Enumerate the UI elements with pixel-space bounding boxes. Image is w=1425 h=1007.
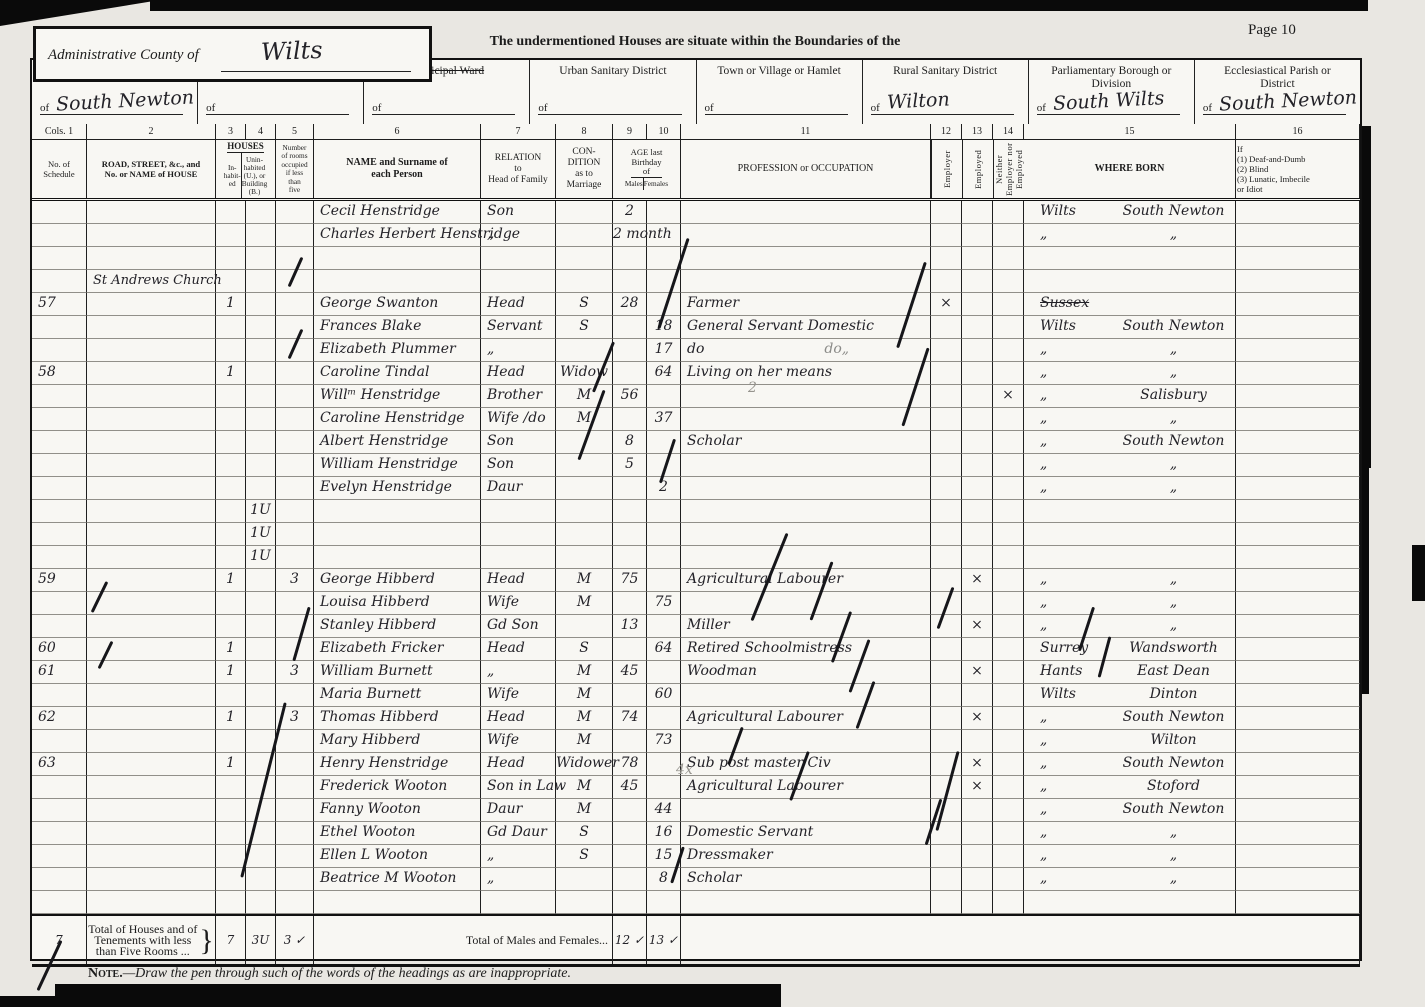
cell-condition [556, 454, 613, 477]
administrative-county-value: Wilts [261, 36, 324, 66]
table-row: 1U [32, 500, 1360, 523]
cell-name [314, 500, 481, 523]
cell-employed [962, 592, 993, 615]
cell-name [314, 523, 481, 546]
cell-rooms [276, 408, 314, 431]
cell-employer [931, 569, 962, 592]
cell-infirmity [1236, 385, 1360, 408]
cell-employed: × [962, 569, 993, 592]
cell-relation: „ [481, 224, 556, 247]
table-row: 1U [32, 523, 1360, 546]
col-header-uninhabited: Unin- habited (U.), or Building (B.) [242, 153, 268, 198]
cell-relation [481, 546, 556, 569]
cell-relation: Head [481, 293, 556, 316]
cell-infirmity [1236, 753, 1360, 776]
district-of-line: of [705, 102, 848, 115]
table-row: 6213Thomas HibberdHeadM74Agricultural La… [32, 707, 1360, 730]
cell-neither [993, 822, 1024, 845]
cell-age-male [613, 339, 647, 362]
cell-relation: „ [481, 868, 556, 891]
age-group-title: AGE last Birthday of [631, 148, 663, 178]
cell-condition: M [556, 799, 613, 822]
cell-occupation [681, 247, 931, 270]
cell-houses-uninhabited [246, 454, 276, 477]
cell-age-male [613, 546, 647, 569]
cell-schedule-number [32, 523, 87, 546]
cell-houses-uninhabited [246, 845, 276, 868]
situate-heading: The undermentioned Houses are situate wi… [460, 34, 930, 50]
column-number-11: 11 [681, 124, 931, 140]
table-row: Ethel WootonGd DaurS16Domestic Servant„„ [32, 822, 1360, 845]
cell-where-born: „„ [1024, 362, 1236, 385]
cell-neither [993, 868, 1024, 891]
cell-schedule-number [32, 891, 87, 914]
column-number-13: 13 [962, 124, 993, 140]
cell-employer [931, 684, 962, 707]
cell-road-street: St Andrews Church [87, 270, 216, 293]
cell-infirmity [1236, 776, 1360, 799]
cell-where-born: „„ [1024, 339, 1236, 362]
cell-schedule-number [32, 431, 87, 454]
cell-employed [962, 362, 993, 385]
cell-name: William Burnett [314, 661, 481, 684]
cell-road-street [87, 454, 216, 477]
cell-where-born: „„ [1024, 822, 1236, 845]
cell-employer: × [931, 293, 962, 316]
table-row: 6113William Burnett„M45Woodman×HantsEast… [32, 661, 1360, 684]
cell-occupation [681, 592, 931, 615]
cell-relation: Daur [481, 477, 556, 500]
cell-age-male [613, 799, 647, 822]
table-row: Mary HibberdWifeM73„Wilton [32, 730, 1360, 753]
cell-name: Albert Henstridge [314, 431, 481, 454]
col-header-age: AGE last Birthday of Males Females [613, 140, 681, 198]
cell-where-born: „South Newton [1024, 799, 1236, 822]
cell-road-street [87, 661, 216, 684]
cell-infirmity [1236, 592, 1360, 615]
cell-relation [481, 500, 556, 523]
cell-infirmity [1236, 224, 1360, 247]
cell-houses-uninhabited [246, 339, 276, 362]
cell-infirmity [1236, 799, 1360, 822]
totals-row: 7 Total of Houses and of Tenements with … [32, 914, 1360, 967]
cell-age-male: 2 month [613, 224, 647, 247]
scan-artifact [1412, 545, 1425, 601]
column-number-10: 10 [647, 124, 681, 140]
cell-where-born: „South Newton [1024, 431, 1236, 454]
cell-relation: „ [481, 339, 556, 362]
cell-schedule-number: 57 [32, 293, 87, 316]
col-header-employer: Employer [931, 140, 962, 198]
cell-infirmity [1236, 868, 1360, 891]
cell-age-female: 18 [647, 316, 681, 339]
cell-occupation: Retired Schoolmistress [681, 638, 931, 661]
col-header-employed: Employed [962, 140, 993, 198]
table-row: Stanley HibberdGd Son13Miller×„„ [32, 615, 1360, 638]
cell-infirmity [1236, 316, 1360, 339]
cell-age-female: 44 [647, 799, 681, 822]
cell-condition [556, 247, 613, 270]
col-header-name: NAME and Surname of each Person [314, 140, 481, 198]
cell-condition [556, 615, 613, 638]
cell-schedule-number [32, 408, 87, 431]
cell-occupation [681, 546, 931, 569]
cell-employed [962, 431, 993, 454]
cell-where-born [1024, 270, 1236, 293]
cell-relation: Head [481, 753, 556, 776]
cell-road-street [87, 684, 216, 707]
column-number-6: 6 [314, 124, 481, 140]
cell-age-female [647, 891, 681, 914]
cell-road-street [87, 776, 216, 799]
cell-relation: Head [481, 569, 556, 592]
cell-neither [993, 684, 1024, 707]
cell-name: Beatrice M Wooton [314, 868, 481, 891]
cell-employer [931, 615, 962, 638]
cell-occupation: Agricultural Labourer [681, 569, 931, 592]
cell-houses-uninhabited [246, 201, 276, 224]
pencil-annotation: 4x [676, 762, 693, 778]
table-body: Cecil HenstridgeSon2WiltsSouth NewtonCha… [32, 201, 1360, 914]
cell-houses-inhabited [216, 431, 246, 454]
cell-road-street [87, 730, 216, 753]
cell-houses-uninhabited [246, 224, 276, 247]
cell-age-male: 45 [613, 661, 647, 684]
cell-age-male [613, 592, 647, 615]
cell-infirmity [1236, 270, 1360, 293]
cell-relation: Wife [481, 684, 556, 707]
cell-employer [931, 523, 962, 546]
cell-houses-uninhabited: 1U [246, 500, 276, 523]
column-number-9: 9 [613, 124, 647, 140]
cell-neither [993, 753, 1024, 776]
cell-infirmity [1236, 822, 1360, 845]
cell-infirmity [1236, 615, 1360, 638]
table-row: 5913George HibberdHeadM75Agricultural La… [32, 569, 1360, 592]
cell-age-male [613, 247, 647, 270]
cell-houses-uninhabited [246, 316, 276, 339]
table-row [32, 891, 1360, 914]
cell-houses-inhabited [216, 822, 246, 845]
cell-occupation: Agricultural Labourer [681, 707, 931, 730]
cell-rooms [276, 454, 314, 477]
cell-age-female: 16 [647, 822, 681, 845]
cell-occupation [681, 270, 931, 293]
cell-road-street [87, 247, 216, 270]
cell-neither [993, 638, 1024, 661]
cell-infirmity [1236, 638, 1360, 661]
cell-occupation [681, 454, 931, 477]
cell-relation: Wife [481, 730, 556, 753]
cell-name: Stanley Hibberd [314, 615, 481, 638]
total-males: 12 ✓ [613, 916, 647, 964]
cell-schedule-number [32, 339, 87, 362]
scan-artifact [1362, 468, 1369, 694]
district-label: Urban Sanitary District [533, 65, 692, 78]
cell-employed [962, 293, 993, 316]
cell-rooms [276, 799, 314, 822]
table-row: 631Henry HenstridgeHeadWidower78Sub post… [32, 753, 1360, 776]
cell-schedule-number [32, 477, 87, 500]
cell-road-street [87, 615, 216, 638]
cell-age-male [613, 638, 647, 661]
cell-employed [962, 316, 993, 339]
cell-occupation [681, 891, 931, 914]
cell-neither [993, 339, 1024, 362]
table-row: Fanny WootonDaurM44„South Newton [32, 799, 1360, 822]
cell-name: Willᵐ Henstridge [314, 385, 481, 408]
cell-infirmity [1236, 523, 1360, 546]
cell-road-street [87, 707, 216, 730]
cell-neither [993, 845, 1024, 868]
cell-age-female [647, 523, 681, 546]
col-header-where-born: WHERE BORN [1024, 140, 1236, 198]
col-header-rooms: Number of rooms occupied if less than fi… [276, 140, 314, 198]
cell-where-born: „South Newton [1024, 753, 1236, 776]
column-number-14: 14 [993, 124, 1024, 140]
cell-employer [931, 201, 962, 224]
cell-rooms [276, 316, 314, 339]
cell-condition [556, 224, 613, 247]
cell-employed [962, 822, 993, 845]
cell-schedule-number [32, 201, 87, 224]
table-row: Maria BurnettWifeM60WiltsDinton [32, 684, 1360, 707]
cell-houses-inhabited [216, 799, 246, 822]
cell-schedule-number: 58 [32, 362, 87, 385]
cell-name: Louisa Hibberd [314, 592, 481, 615]
cell-name: Ethel Wooton [314, 822, 481, 845]
cell-relation: Wife /do [481, 408, 556, 431]
cell-neither [993, 661, 1024, 684]
cell-neither [993, 707, 1024, 730]
cell-condition: M [556, 730, 613, 753]
cell-name [314, 891, 481, 914]
cell-occupation: General Servant Domestic [681, 316, 931, 339]
cell-road-street [87, 799, 216, 822]
cell-age-female [647, 431, 681, 454]
cell-name: Frances Blake [314, 316, 481, 339]
cell-road-street [87, 477, 216, 500]
district-ecclesiastical-parish-or-district: Ecclesiastical Parish or DistrictofSouth… [1195, 60, 1360, 124]
cell-infirmity [1236, 477, 1360, 500]
cell-occupation [681, 385, 931, 408]
cell-houses-uninhabited [246, 891, 276, 914]
cell-neither [993, 615, 1024, 638]
cell-houses-inhabited [216, 408, 246, 431]
col-header-relation: RELATION to Head of Family [481, 140, 556, 198]
cell-neither [993, 316, 1024, 339]
cell-houses-uninhabited [246, 408, 276, 431]
column-number-16: 16 [1236, 124, 1360, 140]
cell-employed [962, 546, 993, 569]
cell-rooms [276, 753, 314, 776]
cell-employer [931, 661, 962, 684]
cell-employer [931, 707, 962, 730]
cell-where-born: „Wilton [1024, 730, 1236, 753]
col-header-condition: CON- DITION as to Marriage [556, 140, 613, 198]
cell-houses-inhabited [216, 592, 246, 615]
cell-where-born: „„ [1024, 868, 1236, 891]
cell-name: Henry Henstridge [314, 753, 481, 776]
table-row: Charles Herbert Henstridge„2 month„„ [32, 224, 1360, 247]
cell-condition [556, 891, 613, 914]
cell-condition: S [556, 293, 613, 316]
cell-road-street [87, 546, 216, 569]
column-number-8: 8 [556, 124, 613, 140]
cell-condition: M [556, 707, 613, 730]
cell-age-female [647, 500, 681, 523]
cell-schedule-number [32, 316, 87, 339]
cell-relation: Son [481, 431, 556, 454]
cell-infirmity [1236, 546, 1360, 569]
cell-relation: Son [481, 201, 556, 224]
cell-age-male [613, 730, 647, 753]
cell-age-female: 37 [647, 408, 681, 431]
cell-age-male [613, 868, 647, 891]
col-header-neither: Neither Employer nor Employed [993, 140, 1024, 198]
cell-road-street [87, 500, 216, 523]
cell-condition [556, 477, 613, 500]
cell-schedule-number: 60 [32, 638, 87, 661]
cell-where-born: „Salisbury [1024, 385, 1236, 408]
cell-condition: M [556, 408, 613, 431]
column-number-12: 12 [931, 124, 962, 140]
cell-relation: Head [481, 638, 556, 661]
cell-houses-inhabited: 1 [216, 753, 246, 776]
cell-houses-uninhabited [246, 270, 276, 293]
cell-occupation [681, 408, 931, 431]
cell-condition: Widower [556, 753, 613, 776]
cell-employer [931, 247, 962, 270]
cell-name: Cecil Henstridge [314, 201, 481, 224]
cell-employed [962, 247, 993, 270]
district-label: Parliamentary Borough or Division [1032, 65, 1191, 91]
cell-houses-inhabited [216, 224, 246, 247]
cell-employed [962, 477, 993, 500]
district-value: Wilton [886, 88, 950, 113]
cell-infirmity [1236, 247, 1360, 270]
cell-occupation: Scholar [681, 868, 931, 891]
cell-age-male: 75 [613, 569, 647, 592]
cell-age-female [647, 247, 681, 270]
cell-houses-inhabited [216, 201, 246, 224]
cell-condition: M [556, 569, 613, 592]
cell-relation: Head [481, 707, 556, 730]
cell-employed [962, 845, 993, 868]
cell-employer [931, 454, 962, 477]
cell-age-male [613, 523, 647, 546]
cell-where-born [1024, 546, 1236, 569]
col-header-road: ROAD, STREET, &c., and No. or NAME of HO… [87, 140, 216, 198]
cell-houses-inhabited [216, 270, 246, 293]
cell-rooms [276, 201, 314, 224]
cell-occupation: Woodman [681, 661, 931, 684]
cell-houses-inhabited: 1 [216, 293, 246, 316]
column-header-row: No. of Schedule ROAD, STREET, &c., and N… [32, 140, 1360, 201]
total-uninhabited: 3U [246, 916, 276, 964]
cell-where-born: „„ [1024, 454, 1236, 477]
column-number-3: 3 [216, 124, 246, 140]
cell-houses-inhabited [216, 316, 246, 339]
cell-employed: × [962, 776, 993, 799]
cell-infirmity [1236, 891, 1360, 914]
cell-houses-inhabited [216, 523, 246, 546]
total-females: 13 ✓ [647, 916, 681, 964]
total-inhabited: 7 [216, 916, 246, 964]
table-row: St Andrews Church [32, 270, 1360, 293]
column-number-1: Cols. 1 [32, 124, 87, 140]
cell-name: Mary Hibberd [314, 730, 481, 753]
cell-occupation: Living on her means [681, 362, 931, 385]
cell-schedule-number [32, 776, 87, 799]
table-row: 601Elizabeth FrickerHeadS64Retired Schoo… [32, 638, 1360, 661]
cell-neither: × [993, 385, 1024, 408]
cell-rooms [276, 684, 314, 707]
cell-houses-uninhabited: 1U [246, 546, 276, 569]
cell-houses-inhabited [216, 500, 246, 523]
cell-houses-uninhabited [246, 385, 276, 408]
cell-neither [993, 362, 1024, 385]
cell-road-street [87, 592, 216, 615]
cell-age-female [647, 385, 681, 408]
table-row: Beatrice M Wooton„8Scholar„„ [32, 868, 1360, 891]
cell-relation: Son [481, 454, 556, 477]
cell-infirmity [1236, 339, 1360, 362]
cell-age-male [613, 362, 647, 385]
cell-houses-inhabited [216, 730, 246, 753]
cell-houses-inhabited [216, 385, 246, 408]
cell-road-street [87, 339, 216, 362]
cell-where-born: Sussex [1024, 293, 1236, 316]
total-houses-label: Total of Houses and of Tenements with le… [87, 916, 216, 964]
table-row: Ellen L Wooton„S15Dressmaker„„ [32, 845, 1360, 868]
cell-name: Thomas Hibberd [314, 707, 481, 730]
cell-road-street [87, 316, 216, 339]
cell-infirmity [1236, 293, 1360, 316]
cell-condition [556, 523, 613, 546]
cell-schedule-number: 61 [32, 661, 87, 684]
cell-age-female [647, 569, 681, 592]
cell-age-female [647, 224, 681, 247]
cell-road-street [87, 293, 216, 316]
cell-employed [962, 684, 993, 707]
cell-houses-uninhabited [246, 615, 276, 638]
cell-relation [481, 891, 556, 914]
scan-artifact [1361, 126, 1371, 468]
cell-age-female [647, 707, 681, 730]
cell-infirmity [1236, 408, 1360, 431]
cell-age-female [647, 661, 681, 684]
cell-employer [931, 730, 962, 753]
cell-name: Maria Burnett [314, 684, 481, 707]
cell-relation: Servant [481, 316, 556, 339]
cell-rooms [276, 477, 314, 500]
cell-where-born: „„ [1024, 408, 1236, 431]
cell-where-born: „„ [1024, 569, 1236, 592]
table-row: Frances BlakeServantS18General Servant D… [32, 316, 1360, 339]
cell-age-female: 73 [647, 730, 681, 753]
cell-occupation: dodo„ [681, 339, 931, 362]
cell-infirmity [1236, 730, 1360, 753]
cell-rooms [276, 776, 314, 799]
cell-age-male: 56 [613, 385, 647, 408]
cell-employed [962, 500, 993, 523]
cell-road-street [87, 408, 216, 431]
table-row: Willᵐ HenstridgeBrotherM56×„Salisbury [32, 385, 1360, 408]
cell-rooms [276, 523, 314, 546]
cell-employer [931, 431, 962, 454]
totals-empty [681, 916, 1360, 964]
